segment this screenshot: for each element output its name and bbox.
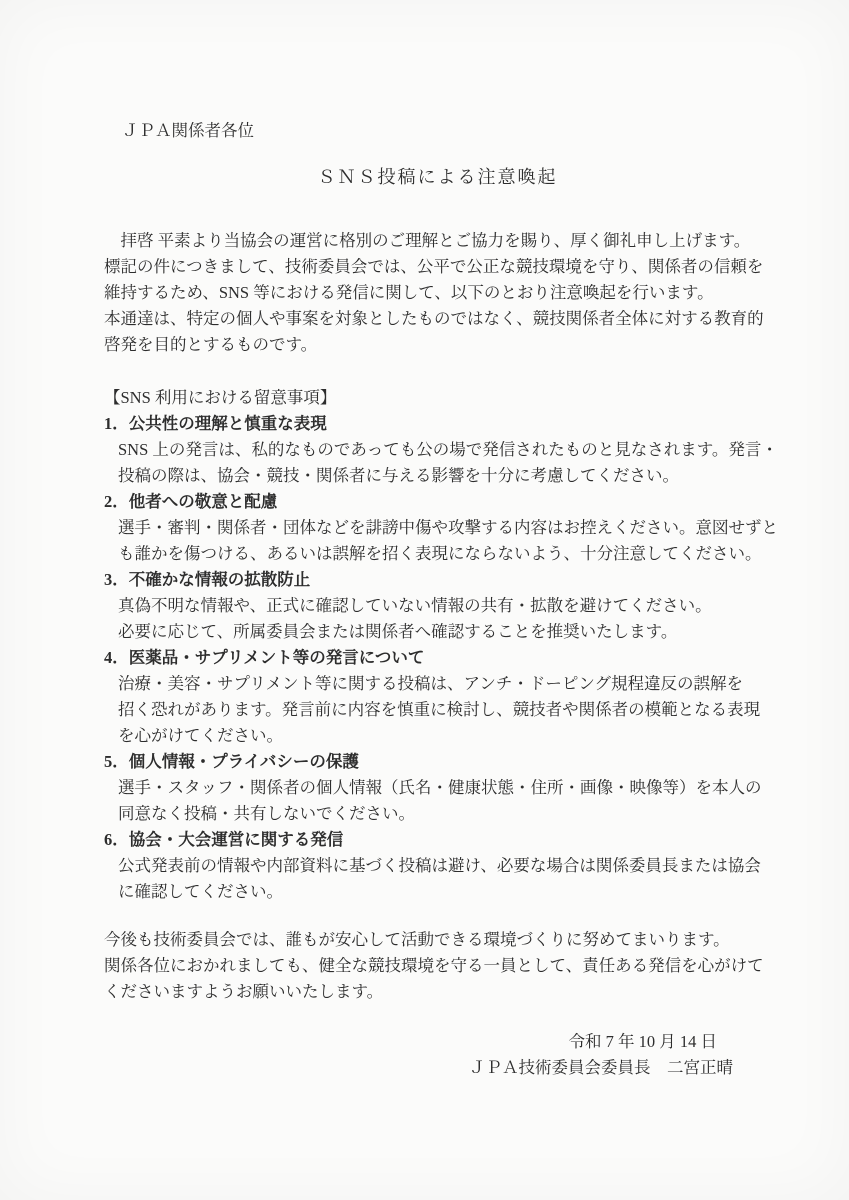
recipient-line: ＪＰＡ関係者各位 (122, 118, 737, 144)
opening-line: 拝啓 平素より当協会の運営に格別のご理解とご協力を賜り、厚く御礼申し上げます。 (104, 228, 737, 254)
opening-line: 標記の件につきまして、技術委員会では、公平で公正な競技環境を守り、関係者の信頼を (104, 254, 737, 280)
opening-line: 本通達は、特定の個人や事案を対象としたものではなく、競技関係者全体に対する教育的 (104, 306, 737, 332)
item-heading: 5．個人情報・プライバシーの保護 (104, 749, 737, 775)
item-body-line: 同意なく投稿・共有しないでください。 (118, 801, 737, 827)
closing-line: 関係各位におかれましても、健全な競技環境を守る一員として、責任ある発信を心がけて (104, 953, 737, 979)
item-heading: 3．不確かな情報の拡散防止 (104, 567, 737, 593)
item-heading: 4．医薬品・サプリメント等の発言について (104, 645, 737, 671)
opening-line: 啓発を目的とするものです。 (104, 332, 737, 358)
item-body: 公式発表前の情報や内部資料に基づく投稿は避け、必要な場合は関係委員長または協会 … (118, 853, 737, 905)
item-body: SNS 上の発言は、私的なものであっても公の場で発信されたものと見なされます。発… (118, 437, 737, 489)
item-body-line: 必要に応じて、所属委員会または関係者へ確認することを推奨いたします。 (118, 619, 737, 645)
item-body-line: 選手・審判・関係者・団体などを誹謗中傷や攻撃する内容はお控えください。意図せずと (118, 515, 737, 541)
notice-item-3: 3．不確かな情報の拡散防止 真偽不明な情報や、正式に確認していない情報の共有・拡… (104, 567, 737, 645)
item-body-line: 真偽不明な情報や、正式に確認していない情報の共有・拡散を避けてください。 (118, 593, 737, 619)
item-heading: 6．協会・大会運営に関する発信 (104, 827, 737, 853)
notice-item-1: 1．公共性の理解と慎重な表現 SNS 上の発言は、私的なものであっても公の場で発… (104, 411, 737, 489)
item-body-line: 選手・スタッフ・関係者の個人情報（氏名・健康状態・住所・画像・映像等）を本人の (118, 775, 737, 801)
notice-item-5: 5．個人情報・プライバシーの保護 選手・スタッフ・関係者の個人情報（氏名・健康状… (104, 749, 737, 827)
section-heading: 【SNS 利用における留意事項】 (104, 385, 737, 411)
closing-paragraph: 今後も技術委員会では、誰もが安心して活動できる環境づくりに努めてまいります。 関… (104, 927, 737, 1005)
item-body-line: に確認してください。 (118, 879, 737, 905)
opening-paragraph: 拝啓 平素より当協会の運営に格別のご理解とご協力を賜り、厚く御礼申し上げます。 … (104, 228, 737, 358)
item-body: 真偽不明な情報や、正式に確認していない情報の共有・拡散を避けてください。 必要に… (118, 593, 737, 645)
notice-item-2: 2．他者への敬意と配慮 選手・審判・関係者・団体などを誹謗中傷や攻撃する内容はお… (104, 489, 737, 567)
item-body: 治療・美容・サプリメント等に関する投稿は、アンチ・ドーピング規程違反の誤解を 招… (118, 671, 737, 749)
notice-item-6: 6．協会・大会運営に関する発信 公式発表前の情報や内部資料に基づく投稿は避け、必… (104, 827, 737, 905)
item-heading: 1．公共性の理解と慎重な表現 (104, 411, 737, 437)
item-body-line: 投稿の際は、協会・競技・関係者に与える影響を十分に考慮してください。 (118, 463, 737, 489)
document-title: ＳＮＳ投稿による注意喚起 (104, 164, 737, 190)
item-body-line: 治療・美容・サプリメント等に関する投稿は、アンチ・ドーピング規程違反の誤解を (118, 671, 737, 697)
closing-line: 今後も技術委員会では、誰もが安心して活動できる環境づくりに努めてまいります。 (104, 927, 737, 953)
item-heading: 2．他者への敬意と配慮 (104, 489, 737, 515)
item-body-line: も誰かを傷つける、あるいは誤解を招く表現にならないよう、十分注意してください。 (118, 541, 737, 567)
closing-line: くださいますようお願いいたします。 (104, 979, 737, 1005)
item-body-line: SNS 上の発言は、私的なものであっても公の場で発信されたものと見なされます。発… (118, 437, 737, 463)
signature-line: ＪＰＡ技術委員会委員長 二宮正晴 (104, 1055, 737, 1081)
item-body-line: 招く恐れがあります。発言前に内容を慎重に検討し、競技者や関係者の模範となる表現 (118, 697, 737, 723)
item-body-line: 公式発表前の情報や内部資料に基づく投稿は避け、必要な場合は関係委員長または協会 (118, 853, 737, 879)
item-body: 選手・審判・関係者・団体などを誹謗中傷や攻撃する内容はお控えください。意図せずと… (118, 515, 737, 567)
item-body: 選手・スタッフ・関係者の個人情報（氏名・健康状態・住所・画像・映像等）を本人の … (118, 775, 737, 827)
notice-item-4: 4．医薬品・サプリメント等の発言について 治療・美容・サプリメント等に関する投稿… (104, 645, 737, 749)
date-line: 令和 7 年 10 月 14 日 (104, 1029, 737, 1055)
item-body-line: を心がけてください。 (118, 723, 737, 749)
scanned-notice-document: ＪＰＡ関係者各位 ＳＮＳ投稿による注意喚起 拝啓 平素より当協会の運営に格別のご… (0, 0, 849, 1200)
opening-line: 維持するため、SNS 等における発信に関して、以下のとおり注意喚起を行います。 (104, 280, 737, 306)
